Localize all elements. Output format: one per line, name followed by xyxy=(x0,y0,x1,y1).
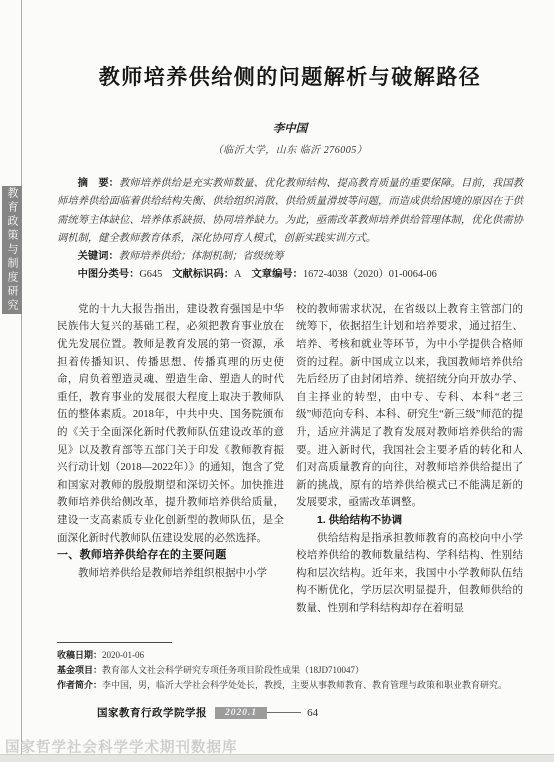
author-bio-line: 作者简介：李中国，男，临沂大学社会科学处处长，教授，主要从事教师教育、教育管理与… xyxy=(57,678,527,693)
scan-bottom-edge xyxy=(0,754,554,762)
body-columns: 党的十九大报告指出，建设教育强国是中华民族伟大复兴的基础工程，必须把教育事业放在… xyxy=(57,301,523,618)
left-column: 党的十九大报告指出，建设教育强国是中华民族伟大复兴的基础工程，必须把教育事业放在… xyxy=(57,301,284,618)
received-date-value: 2020-01-06 xyxy=(102,650,144,660)
intro-paragraph: 党的十九大报告指出，建设教育强国是中华民族伟大复兴的基础工程，必须把教育事业放在… xyxy=(57,301,284,547)
doc-code-label: 文献标识码： xyxy=(172,269,234,280)
abstract-label: 摘 要： xyxy=(78,178,119,189)
abstract-paragraph: 摘 要：教师培养供给是充实教师数量、优化教师结构、提高教育质量的重要保障。目前，… xyxy=(57,175,523,248)
subsection-1-heading: 1. 供给结构不协调 xyxy=(296,512,523,530)
side-tab-label: 教育政策与制度研究 xyxy=(4,187,20,313)
page-edge-line xyxy=(21,0,22,754)
page-content: 教师培养供给侧的问题解析与破解路径 李中国 （临沂大学，山东 临沂 276005… xyxy=(57,0,523,617)
paragraph-2-left: 教师培养供给是教师培养组织根据中小学 xyxy=(57,565,284,583)
doc-code-value: A xyxy=(234,269,241,280)
fund-project-value: 教育部人文社会科学研究专项任务项目阶段性成果（18JD710047） xyxy=(102,665,364,675)
issue-badge: 2020.1 xyxy=(215,707,267,719)
paragraph-2-right: 校的教师需求状况，在省级以上教育主管部门的统筹下，依据招生计划和培养要求，通过招… xyxy=(296,301,523,512)
received-date-line: 收稿日期：2020-01-06 xyxy=(57,648,527,663)
abstract-block: 摘 要：教师培养供给是充实教师数量、优化教师结构、提高教育质量的重要保障。目前，… xyxy=(57,175,523,285)
author-bio-value: 李中国，男，临沂大学社会科学处处长，教授，主要从事教师教育、教育管理与政策和职业… xyxy=(102,680,507,690)
footer-rule xyxy=(267,712,301,713)
keywords-text: 教师培养供给；体制机制；省级统筹 xyxy=(119,251,284,262)
author-bio-label: 作者简介： xyxy=(57,680,102,690)
section-side-tab: 教育政策与制度研究 xyxy=(2,186,22,314)
article-no-label: 文章编号： xyxy=(251,269,302,280)
clc-label: 中图分类号： xyxy=(78,269,140,280)
journal-footer: 国家教育行政学院学报 2020.1 64 xyxy=(97,705,517,720)
page-number: 64 xyxy=(307,707,318,719)
keywords-line: 关键词：教师培养供给；体制机制；省级统筹 xyxy=(57,248,523,266)
author-affiliation: （临沂大学，山东 临沂 276005） xyxy=(57,141,523,156)
article-no-value: 1672-4038（2020）01-0064-06 xyxy=(303,269,437,280)
footnotes-block: 收稿日期：2020-01-06 基金项目：教育部人文社会科学研究专项任务项目阶段… xyxy=(57,642,527,693)
fund-project-label: 基金项目： xyxy=(57,665,102,675)
abstract-text: 教师培养供给是充实教师数量、优化教师结构、提高教育质量的重要保障。目前，我国教师… xyxy=(57,178,523,244)
fund-project-line: 基金项目：教育部人文社会科学研究专项任务项目阶段性成果（18JD710047） xyxy=(57,663,527,678)
received-date-label: 收稿日期： xyxy=(57,650,102,660)
section-1-heading: 一、教师培养供给存在的主要问题 xyxy=(57,547,284,565)
meta-line: 中图分类号：G645文献标识码：A文章编号：1672-4038（2020）01-… xyxy=(57,266,523,284)
article-title: 教师培养供给侧的问题解析与破解路径 xyxy=(57,64,523,90)
paragraph-3: 供给结构是指承担教师教育的高校向中小学校培养供给的教师数量结构、学科结构、性别结… xyxy=(296,530,523,618)
journal-name: 国家教育行政学院学报 xyxy=(97,705,207,720)
keywords-label: 关键词： xyxy=(78,251,119,262)
right-column: 校的教师需求状况，在省级以上教育主管部门的统筹下，依据招生计划和培养要求，通过招… xyxy=(296,301,523,618)
footnote-divider xyxy=(57,642,172,643)
clc-value: G645 xyxy=(139,269,162,280)
author-name: 李中国 xyxy=(57,120,523,136)
